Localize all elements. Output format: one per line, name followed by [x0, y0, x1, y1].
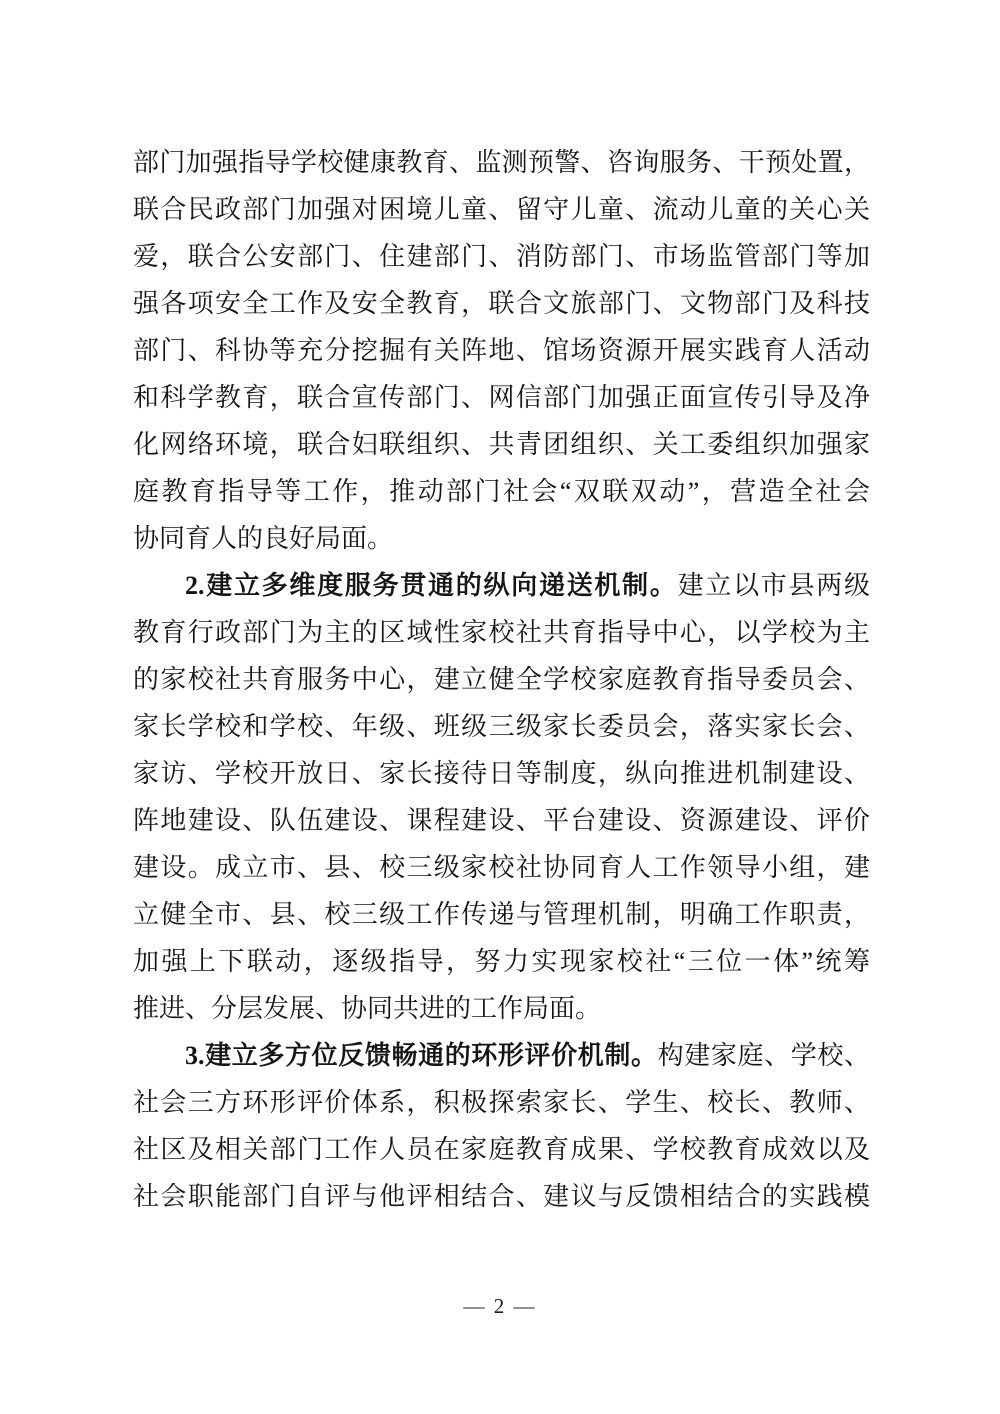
line-text: 建立以市县两级 [678, 571, 870, 600]
line-text: 建设。成立市、县、校三级家校社协同育人工作领导小组，建 [133, 853, 870, 882]
text-line: 和科学教育，联合宣传部门、网信部门加强正面宣传引导及净 [133, 374, 870, 421]
line-text: 联合民政部门加强对困境儿童、留守儿童、流动儿童的关心关 [133, 195, 870, 224]
line-text: 社会职能部门自评与他评相结合、建议与反馈相结合的实践模 [133, 1182, 870, 1211]
line-text: 家访、学校开放日、家长接待日等制度，纵向推进机制建设、 [133, 759, 870, 788]
line-text: 构建家庭、学校、 [658, 1041, 870, 1070]
text-line: 推进、分层发展、协同共进的工作局面。 [133, 985, 870, 1032]
line-text: 强各项安全工作及安全教育，联合文旅部门、文物部门及科技 [133, 289, 870, 318]
line-text: 部门、科协等充分挖掘有关阵地、馆场资源开展实践育人活动 [133, 336, 870, 365]
line-text: 加强上下联动，逐级指导，努力实现家校社“三位一体”统筹 [133, 947, 870, 976]
text-line: 的家校社共育服务中心，建立健全学校家庭教育指导委员会、 [133, 656, 870, 703]
line-text: 庭教育指导等工作，推动部门社会“双联双动”，营造全社会 [133, 477, 870, 506]
text-line: 加强上下联动，逐级指导，努力实现家校社“三位一体”统筹 [133, 938, 870, 985]
line-text: 和科学教育，联合宣传部门、网信部门加强正面宣传引导及净 [133, 383, 870, 412]
paragraph-3: 3.建立多方位反馈畅通的环形评价机制。构建家庭、学校、 社会三方环形评价体系，积… [133, 1032, 870, 1220]
paragraph-2-heading: 2.建立多维度服务贯通的纵向递送机制。 [185, 571, 678, 600]
text-line: 联合民政部门加强对困境儿童、留守儿童、流动儿童的关心关 [133, 186, 870, 233]
page-number: — 2 — [0, 1294, 1000, 1319]
line-text: 社会三方环形评价体系，积极探索家长、学生、校长、教师、 [133, 1088, 870, 1117]
line-text: 部门加强指导学校健康教育、监测预警、咨询服务、干预处置， [133, 148, 870, 177]
text-line: 强各项安全工作及安全教育，联合文旅部门、文物部门及科技 [133, 280, 870, 327]
line-text: 阵地建设、队伍建设、课程建设、平台建设、资源建设、评价 [133, 806, 870, 835]
text-line: 爱，联合公安部门、住建部门、消防部门、市场监管部门等加 [133, 233, 870, 280]
paragraph-3-heading: 3.建立多方位反馈畅通的环形评价机制。 [185, 1041, 658, 1070]
text-line: 阵地建设、队伍建设、课程建设、平台建设、资源建设、评价 [133, 797, 870, 844]
text-line: 社区及相关部门工作人员在家庭教育成果、学校教育成效以及 [133, 1126, 870, 1173]
text-line: 社会职能部门自评与他评相结合、建议与反馈相结合的实践模 [133, 1173, 870, 1220]
text-line: 3.建立多方位反馈畅通的环形评价机制。构建家庭、学校、 [133, 1032, 870, 1079]
line-text: 的家校社共育服务中心，建立健全学校家庭教育指导委员会、 [133, 665, 870, 694]
line-text: 协同育人的良好局面。 [133, 524, 393, 553]
text-line: 家长学校和学校、年级、班级三级家长委员会，落实家长会、 [133, 703, 870, 750]
text-line: 立健全市、县、校三级工作传递与管理机制，明确工作职责， [133, 891, 870, 938]
text-line: 庭教育指导等工作，推动部门社会“双联双动”，营造全社会 [133, 468, 870, 515]
paragraph-1: 部门加强指导学校健康教育、监测预警、咨询服务、干预处置， 联合民政部门加强对困境… [133, 139, 870, 562]
text-line: 教育行政部门为主的区域性家校社共育指导中心，以学校为主 [133, 609, 870, 656]
line-text: 化网络环境，联合妇联组织、共青团组织、关工委组织加强家 [133, 430, 870, 459]
line-text: 家长学校和学校、年级、班级三级家长委员会，落实家长会、 [133, 712, 870, 741]
line-text: 社区及相关部门工作人员在家庭教育成果、学校教育成效以及 [133, 1135, 870, 1164]
text-line: 部门、科协等充分挖掘有关阵地、馆场资源开展实践育人活动 [133, 327, 870, 374]
paragraph-2: 2.建立多维度服务贯通的纵向递送机制。建立以市县两级 教育行政部门为主的区域性家… [133, 562, 870, 1032]
text-line: 家访、学校开放日、家长接待日等制度，纵向推进机制建设、 [133, 750, 870, 797]
line-text: 爱，联合公安部门、住建部门、消防部门、市场监管部门等加 [133, 242, 870, 271]
text-line: 2.建立多维度服务贯通的纵向递送机制。建立以市县两级 [133, 562, 870, 609]
document-page: 部门加强指导学校健康教育、监测预警、咨询服务、干预处置， 联合民政部门加强对困境… [0, 0, 1000, 1414]
text-line: 化网络环境，联合妇联组织、共青团组织、关工委组织加强家 [133, 421, 870, 468]
text-line: 协同育人的良好局面。 [133, 515, 870, 562]
text-line: 部门加强指导学校健康教育、监测预警、咨询服务、干预处置， [133, 139, 870, 186]
line-text: 立健全市、县、校三级工作传递与管理机制，明确工作职责， [133, 900, 870, 929]
text-line: 建设。成立市、县、校三级家校社协同育人工作领导小组，建 [133, 844, 870, 891]
line-text: 教育行政部门为主的区域性家校社共育指导中心，以学校为主 [133, 618, 870, 647]
line-text: 推进、分层发展、协同共进的工作局面。 [133, 994, 601, 1023]
document-content: 部门加强指导学校健康教育、监测预警、咨询服务、干预处置， 联合民政部门加强对困境… [133, 139, 870, 1220]
text-line: 社会三方环形评价体系，积极探索家长、学生、校长、教师、 [133, 1079, 870, 1126]
